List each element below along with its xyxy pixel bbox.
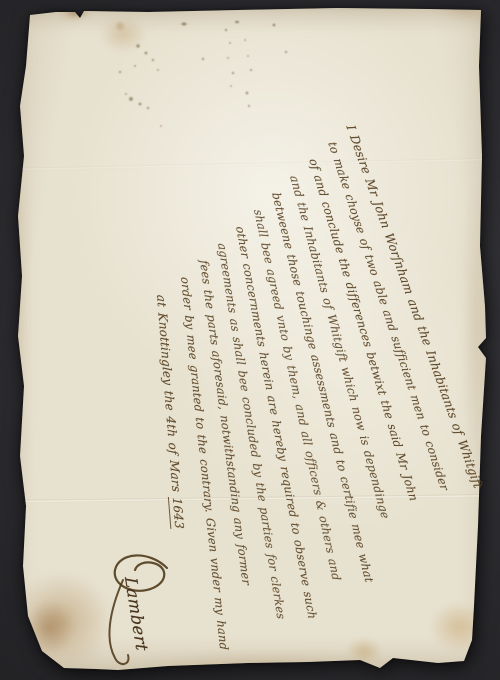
letter-dateline-text: at Knottingley the 4th of Mars: [154, 295, 184, 498]
letter-year: 1643: [168, 497, 187, 529]
letter-text-layer: I Desire Mr John Worſnham and the Inhabi…: [0, 0, 500, 680]
letter-line: order by mee granted to the contrary. Gi…: [178, 277, 229, 650]
photo-backdrop: I Desire Mr John Worſnham and the Inhabi…: [0, 0, 500, 680]
letter-dateline: at Knottingley the 4th of Mars 1643: [155, 295, 185, 529]
